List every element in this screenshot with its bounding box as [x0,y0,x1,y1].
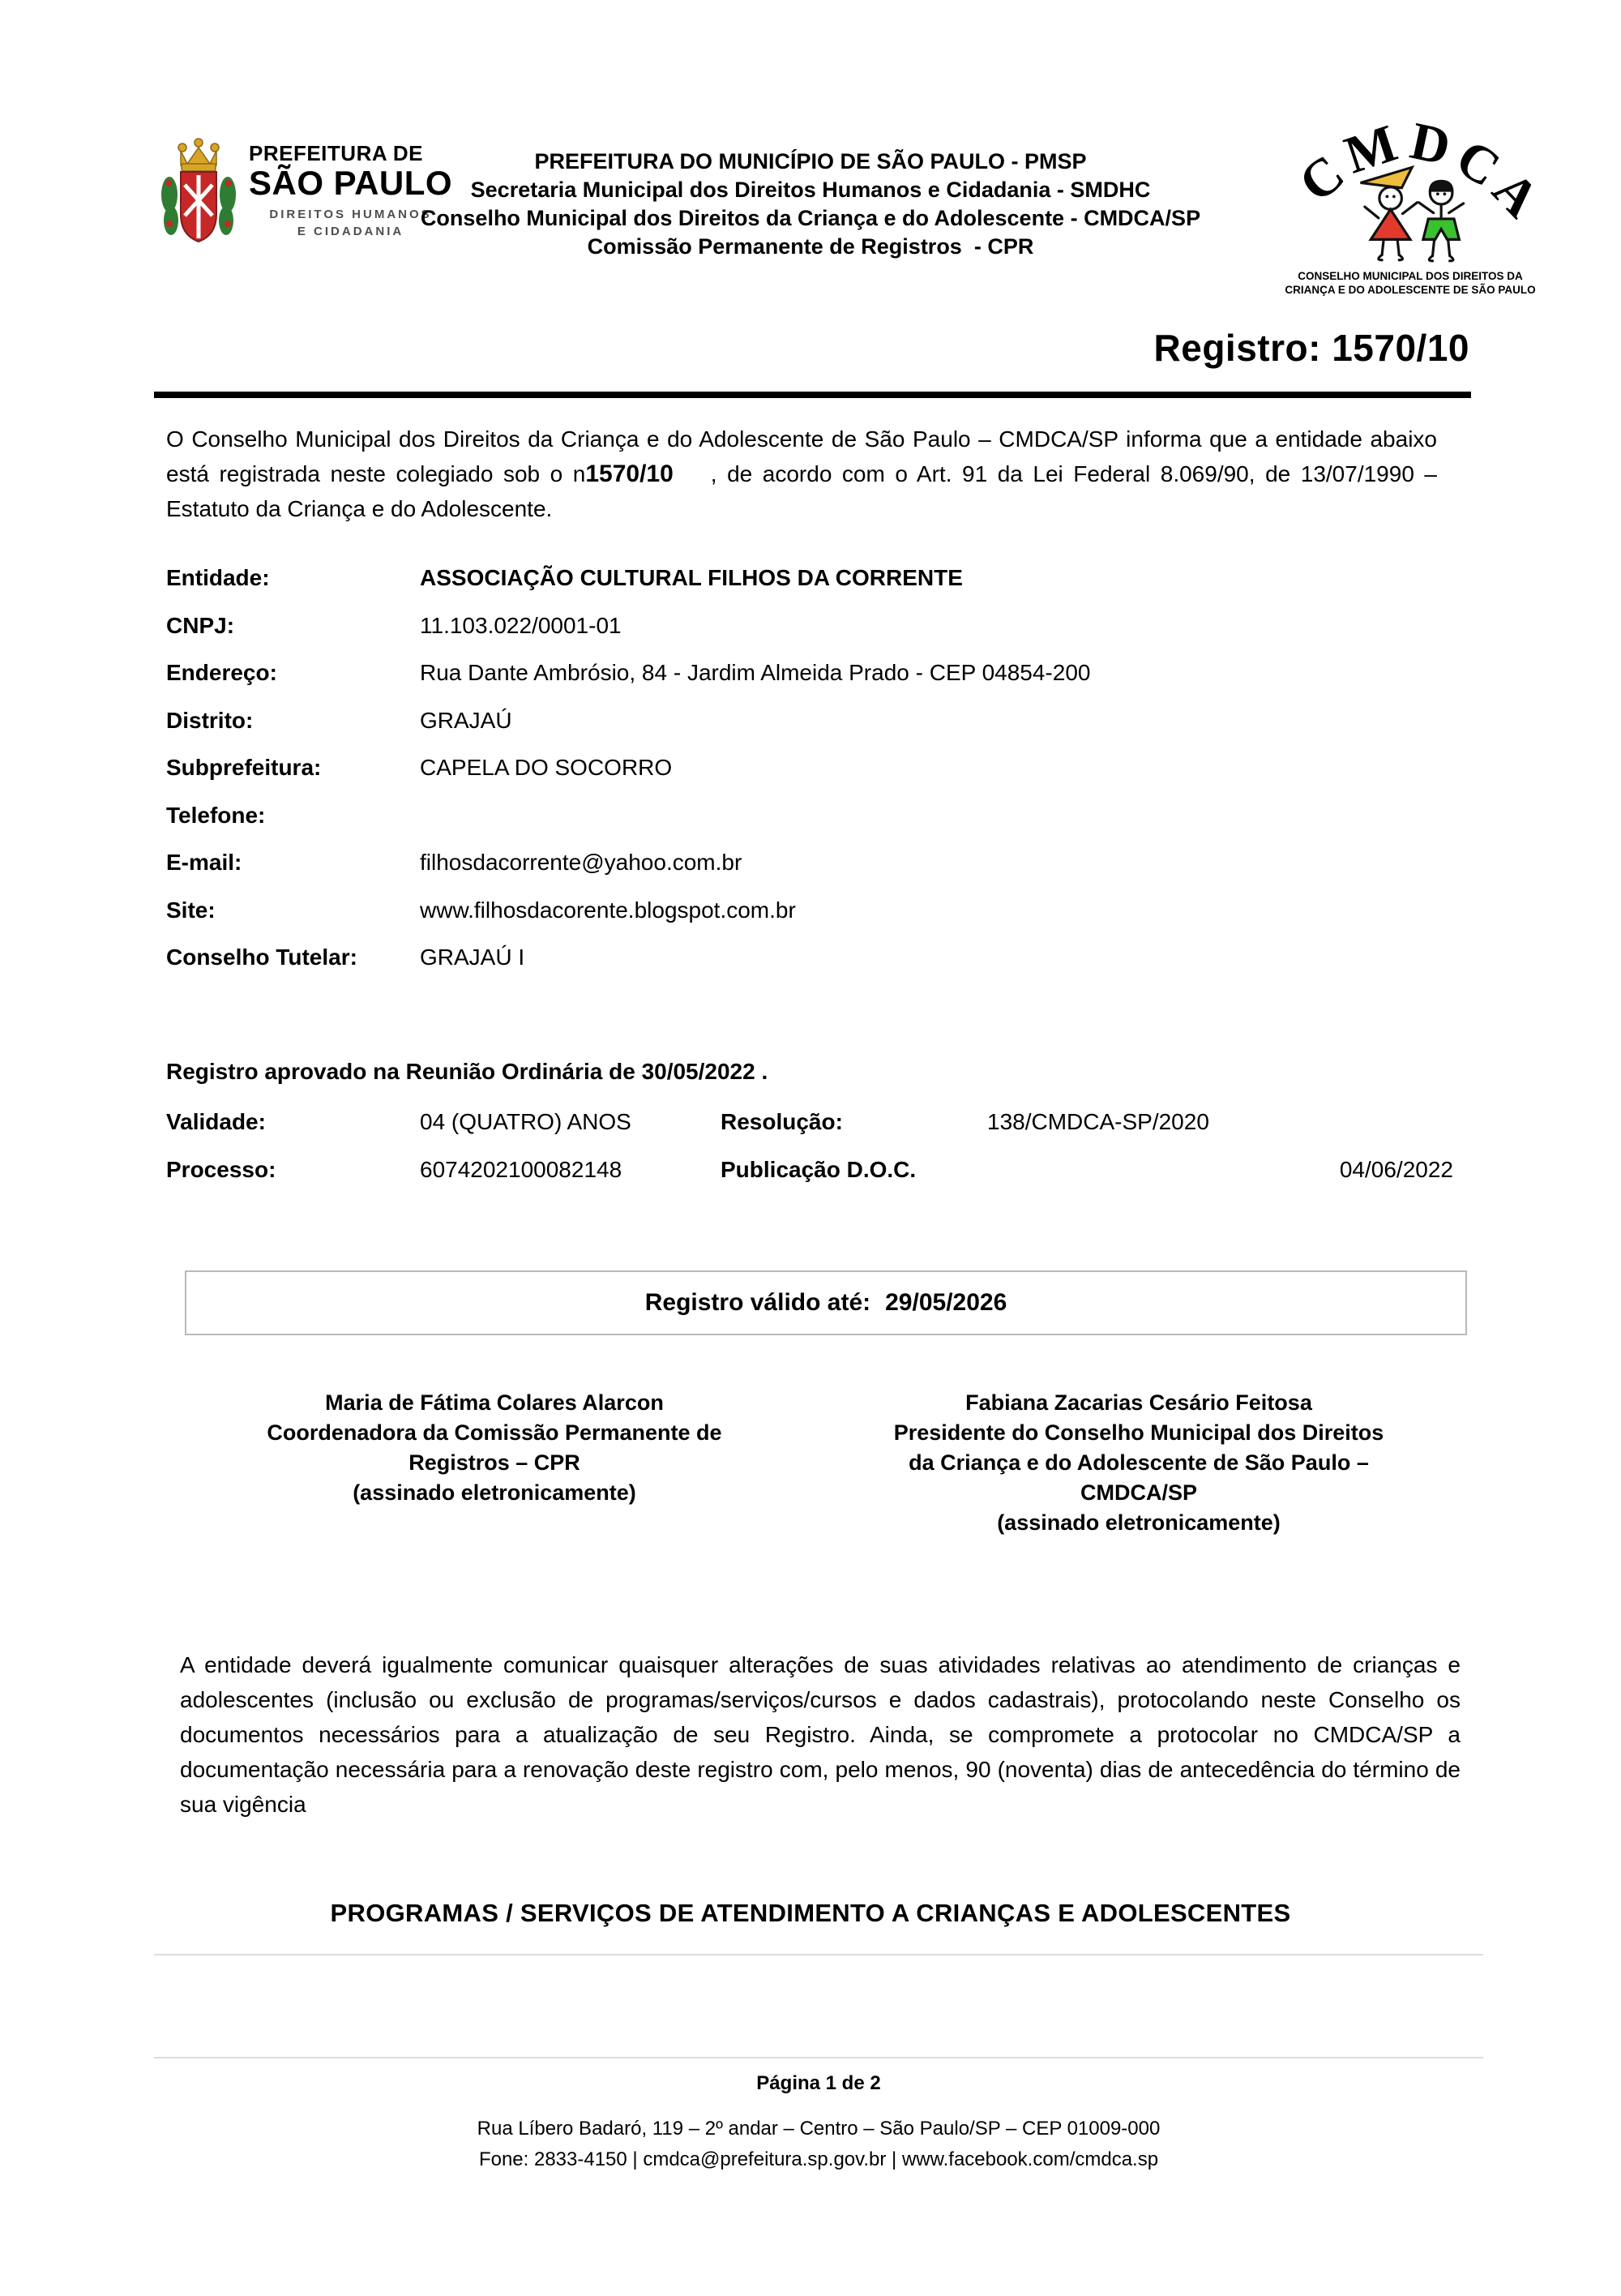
registro-number-title: Registro: 1570/10 [1154,326,1469,370]
field-row-entidade: Entidade: ASSOCIAÇÃO CULTURAL FILHOS DA … [166,565,1463,613]
field-row-site: Site: www.filhosdacorente.blogspot.com.b… [166,897,1463,945]
header-line-cpr: Comissão Permanente de Registros - CPR [340,233,1281,261]
header-org-lines: PREFEITURA DO MUNICÍPIO DE SÃO PAULO - P… [340,148,1281,261]
publicacao-date: 04/06/2022 [987,1157,1453,1183]
valid-until-box: Registro válido até: 29/05/2026 [185,1270,1467,1335]
field-label: Endereço: [166,660,420,686]
field-value: 11.103.022/0001-01 [420,613,622,639]
field-value: www.filhosdacorente.blogspot.com.br [420,897,796,923]
boy-figure-icon [1419,181,1464,260]
footer-contact: Fone: 2833-4150 | cmdca@prefeitura.sp.go… [154,2148,1483,2171]
header-line-cmdca: Conselho Municipal dos Direitos da Crian… [340,204,1281,233]
field-row-distrito: Distrito: GRAJAÚ [166,708,1463,756]
programs-divider-rule [154,1954,1483,1955]
field-label: CNPJ: [166,613,420,639]
signature-block-presidente: Fabiana Zacarias Cesário FeitosaPresiden… [855,1388,1422,1538]
processo-value: 6074202100082148 [420,1157,721,1183]
field-value: GRAJAÚ I [420,945,524,970]
resolucao-label: Resolução: [721,1109,987,1135]
field-row-cnpj: CNPJ: 11.103.022/0001-01 [166,613,1463,661]
field-row-email: E-mail: filhosdacorrente@yahoo.com.br [166,850,1463,897]
field-label: Conselho Tutelar: [166,945,420,970]
cmdca-caption-line2: CRIANÇA E DO ADOLESCENTE DE SÃO PAULO [1248,283,1572,297]
page-number: Página 1 de 2 [154,2072,1483,2095]
notice-paragraph: A entidade deverá igualmente comunicar q… [180,1647,1461,1822]
cmdca-logo-icon: CMDCA [1281,118,1540,263]
field-row-endereco: Endereço: Rua Dante Ambrósio, 84 - Jardi… [166,660,1463,708]
validade-value: 04 (QUATRO) ANOS [420,1109,721,1135]
svg-text:CMDCA: CMDCA [1289,118,1540,233]
field-label: Subprefeitura: [166,755,420,781]
sp-coat-of-arms-icon [158,136,239,270]
field-value: Rua Dante Ambrósio, 84 - Jardim Almeida … [420,660,1090,686]
valid-until-date: 29/05/2026 [885,1289,1007,1317]
field-label: Site: [166,897,420,923]
approval-row-processo: Processo: 6074202100082148 Publicação D.… [166,1157,1453,1183]
valid-until-label: Registro válido até: [645,1289,870,1317]
title-divider-rule [154,392,1471,398]
field-row-conselho-tutelar: Conselho Tutelar: GRAJAÚ I [166,945,1463,992]
document-page: PREFEITURA DE SÃO PAULO DIREITOS HUMANOS… [0,0,1621,2296]
cmdca-caption-line1: CONSELHO MUNICIPAL DOS DIREITOS DA [1248,269,1572,283]
girl-figure-icon [1361,167,1418,259]
header-line-pmsp: PREFEITURA DO MUNICÍPIO DE SÃO PAULO - P… [340,148,1281,176]
field-value: filhosdacorrente@yahoo.com.br [420,850,742,876]
intro-paragraph: O Conselho Municipal dos Direitos da Cri… [166,422,1437,526]
field-value: GRAJAÚ [420,708,512,734]
cmdca-logo: CMDCA [1248,118,1572,297]
field-label: Entidade: [166,565,420,591]
processo-label: Processo: [166,1157,420,1183]
signature-block-coordenadora: Maria de Fátima Colares AlarconCoordenad… [227,1388,762,1508]
field-row-subprefeitura: Subprefeitura: CAPELA DO SOCORRO [166,755,1463,803]
programs-section-heading: PROGRAMAS / SERVIÇOS DE ATENDIMENTO A CR… [166,1899,1455,1928]
field-row-telefone: Telefone: [166,803,1463,850]
field-value: CAPELA DO SOCORRO [420,755,672,781]
field-value: ASSOCIAÇÃO CULTURAL FILHOS DA CORRENTE [420,565,963,591]
cmdca-acronym: CMDCA [1289,118,1540,233]
footer-divider-rule [154,2057,1483,2058]
approval-heading: Registro aprovado na Reunião Ordinária d… [166,1059,768,1085]
publicacao-label: Publicação D.O.C. [721,1157,987,1183]
field-label: Distrito: [166,708,420,734]
header-line-smdhc: Secretaria Municipal dos Direitos Humano… [340,176,1281,204]
field-label: E-mail: [166,850,420,876]
approval-row-validade: Validade: 04 (QUATRO) ANOS Resolução: 13… [166,1109,1453,1135]
intro-registro-number: 1570/10 [585,460,673,487]
entity-fields: Entidade: ASSOCIAÇÃO CULTURAL FILHOS DA … [166,565,1463,992]
validade-label: Validade: [166,1109,420,1135]
field-label: Telefone: [166,803,420,829]
resolucao-value: 138/CMDCA-SP/2020 [987,1109,1453,1135]
footer-address: Rua Líbero Badaró, 119 – 2º andar – Cent… [154,2118,1483,2140]
